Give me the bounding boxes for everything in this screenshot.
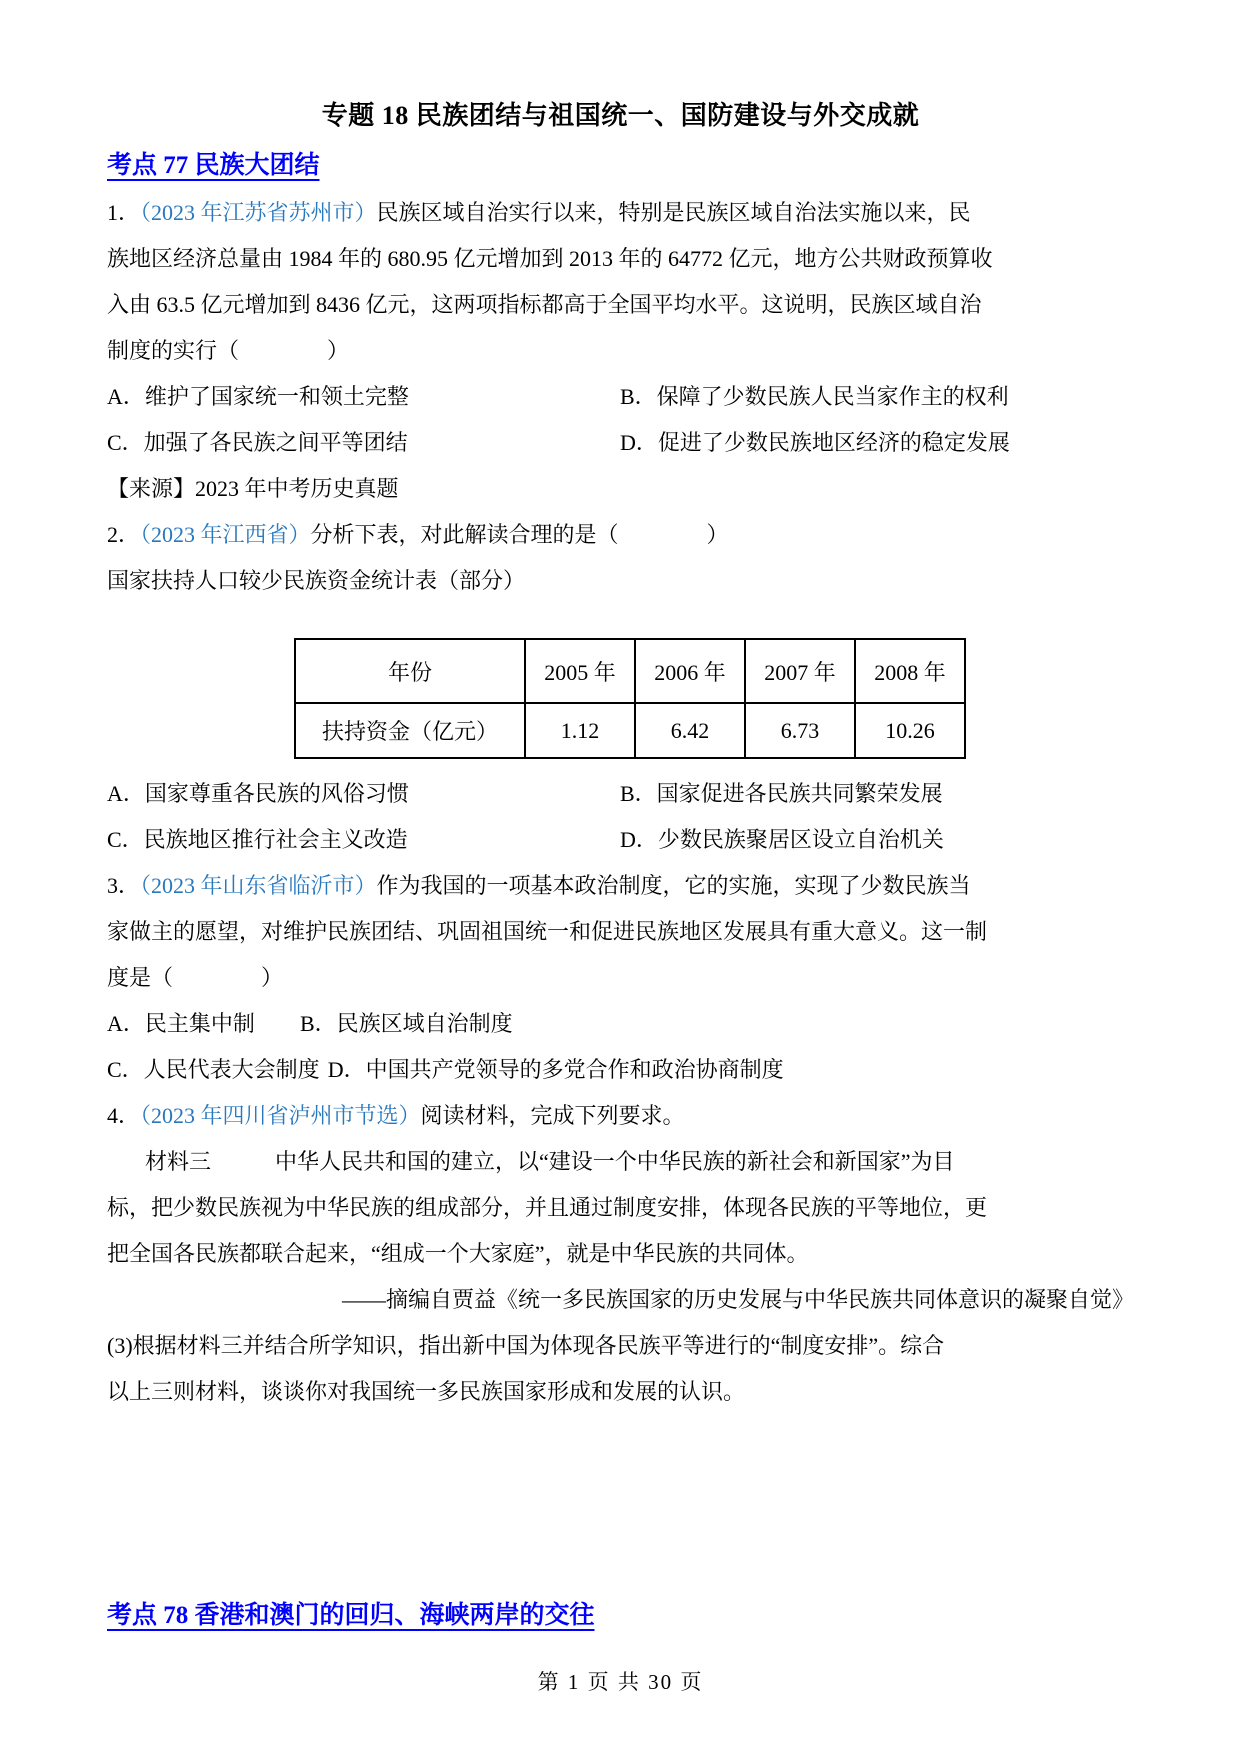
q3-option-b: B．民族区域自治制度 bbox=[300, 1011, 513, 1036]
funding-table: 年份 2005 年 2006 年 2007 年 2008 年 扶持资金（亿元） … bbox=[294, 638, 966, 759]
q3-option-c: C．人民代表大会制度 bbox=[107, 1057, 320, 1082]
q1-number: 1． bbox=[107, 200, 140, 225]
table-cell-2006: 6.42 bbox=[635, 703, 745, 758]
table-cell-2008: 10.26 bbox=[855, 703, 965, 758]
q3-line-1-text: 作为我国的一项基本政治制度，它的实施，实现了少数民族当 bbox=[377, 873, 971, 898]
q4-material-line-3: 把全国各民族都联合起来，“组成一个大家庭”，就是中华民族的共同体。 bbox=[107, 1231, 1134, 1277]
q1-options-ab: A．维护了国家统一和领土完整B．保障了少数民族人民当家作主的权利 bbox=[107, 374, 1134, 420]
q4-sub-line-1: (3)根据材料三并结合所学知识，指出新中国为体现各民族平等进行的“制度安排”。综… bbox=[107, 1323, 1134, 1369]
q3-source: （2023 年山东省临沂市） bbox=[140, 873, 377, 898]
q1-line-1: 1．（2023 年江苏省苏州市）民族区域自治实行以来，特别是民族区域自治法实施以… bbox=[107, 190, 1134, 236]
table-header-year: 年份 bbox=[295, 639, 525, 703]
page-footer: 第 1 页 共 30 页 bbox=[107, 1664, 1134, 1700]
q2-source: （2023 年江西省） bbox=[140, 522, 311, 547]
section-heading-77-text: 考点 77 民族大团结 bbox=[107, 152, 320, 179]
q1-option-a: A．维护了国家统一和领土完整 bbox=[107, 374, 620, 420]
table-cell-2005: 1.12 bbox=[525, 703, 635, 758]
q2-option-a: A．国家尊重各民族的风俗习惯 bbox=[107, 771, 620, 817]
q2-stem-text: 分析下表，对此解读合理的是（ ） bbox=[311, 522, 729, 547]
page-content: 专题 18 民族团结与祖国统一、国防建设与外交成就 考点 77 民族大团结 1．… bbox=[0, 0, 1241, 1700]
question-4: 4．（2023 年四川省泸州市节选）阅读材料，完成下列要求。 材料三中华人民共和… bbox=[107, 1093, 1134, 1415]
q3-number: 3． bbox=[107, 873, 140, 898]
q4-material-label: 材料三 bbox=[145, 1149, 211, 1174]
q3-line-1: 3．（2023 年山东省临沂市）作为我国的一项基本政治制度，它的实施，实现了少数… bbox=[107, 863, 1134, 909]
funding-table-data-row: 扶持资金（亿元） 1.12 6.42 6.73 10.26 bbox=[295, 703, 965, 758]
table-cell-2007: 6.73 bbox=[745, 703, 855, 758]
table-cell-label: 扶持资金（亿元） bbox=[295, 703, 525, 758]
q1-option-c: C．加强了各民族之间平等团结 bbox=[107, 420, 620, 466]
q3-option-d: D．中国共产党领导的多党合作和政治协商制度 bbox=[328, 1057, 784, 1082]
q3-options-ab: A．民主集中制B．民族区域自治制度 bbox=[107, 1001, 1134, 1047]
question-1: 1．（2023 年江苏省苏州市）民族区域自治实行以来，特别是民族区域自治法实施以… bbox=[107, 190, 1134, 512]
q2-option-d: D．少数民族聚居区设立自治机关 bbox=[620, 827, 944, 852]
q2-number: 2． bbox=[107, 522, 140, 547]
q4-material-line-2: 标，把少数民族视为中华民族的组成部分，并且通过制度安排，体现各民族的平等地位，更 bbox=[107, 1185, 1134, 1231]
q3-line-3: 度是（ ） bbox=[107, 955, 1134, 1001]
q3-line-2: 家做主的愿望，对维护民族团结、巩固祖国统一和促进民族地区发展具有重大意义。这一制 bbox=[107, 909, 1134, 955]
q4-stem-text: 阅读材料，完成下列要求。 bbox=[421, 1103, 685, 1128]
q1-line-1-text: 民族区域自治实行以来，特别是民族区域自治法实施以来，民 bbox=[377, 200, 971, 225]
table-header-2005: 2005 年 bbox=[525, 639, 635, 703]
q1-line-4: 制度的实行（ ） bbox=[107, 328, 1134, 374]
q4-number: 4． bbox=[107, 1103, 140, 1128]
page-title: 专题 18 民族团结与祖国统一、国防建设与外交成就 bbox=[107, 98, 1134, 134]
q4-stem: 4．（2023 年四川省泸州市节选）阅读材料，完成下列要求。 bbox=[107, 1093, 1134, 1139]
q1-option-b: B．保障了少数民族人民当家作主的权利 bbox=[620, 384, 1009, 409]
q1-source: （2023 年江苏省苏州市） bbox=[140, 200, 377, 225]
q2-option-c: C．民族地区推行社会主义改造 bbox=[107, 817, 620, 863]
table-header-2007: 2007 年 bbox=[745, 639, 855, 703]
table-header-2008: 2008 年 bbox=[855, 639, 965, 703]
question-2: 2．（2023 年江西省）分析下表，对此解读合理的是（ ） 国家扶持人口较少民族… bbox=[107, 512, 1134, 863]
q2-stem: 2．（2023 年江西省）分析下表，对此解读合理的是（ ） bbox=[107, 512, 1134, 558]
q1-option-d: D．促进了少数民族地区经济的稳定发展 bbox=[620, 430, 1010, 455]
q2-table-caption: 国家扶持人口较少民族资金统计表（部分） bbox=[107, 558, 1134, 604]
q2-options-ab: A．国家尊重各民族的风俗习惯B．国家促进各民族共同繁荣发展 bbox=[107, 771, 1134, 817]
q3-option-a: A．民主集中制 bbox=[107, 1001, 300, 1047]
table-header-2006: 2006 年 bbox=[635, 639, 745, 703]
q1-line-3: 入由 63.5 亿元增加到 8436 亿元，这两项指标都高于全国平均水平。这说明… bbox=[107, 282, 1134, 328]
q1-line-2: 族地区经济总量由 1984 年的 680.95 亿元增加到 2013 年的 64… bbox=[107, 236, 1134, 282]
document-page: 专题 18 民族团结与祖国统一、国防建设与外交成就 考点 77 民族大团结 1．… bbox=[0, 0, 1241, 1754]
q2-options-cd: C．民族地区推行社会主义改造D．少数民族聚居区设立自治机关 bbox=[107, 817, 1134, 863]
q4-source: （2023 年四川省泸州市节选） bbox=[140, 1103, 421, 1128]
q4-material-line-1: 材料三中华人民共和国的建立，以“建设一个中华民族的新社会和新国家”为目 bbox=[107, 1139, 1134, 1185]
q3-options-cd: C．人民代表大会制度D．中国共产党领导的多党合作和政治协商制度 bbox=[107, 1047, 1134, 1093]
q4-attribution: ——摘编自贾益《统一多民族国家的历史发展与中华民族共同体意识的凝聚自觉》 bbox=[107, 1277, 1134, 1323]
question-3: 3．（2023 年山东省临沂市）作为我国的一项基本政治制度，它的实施，实现了少数… bbox=[107, 863, 1134, 1093]
section-heading-78-text: 考点 78 香港和澳门的回归、海峡两岸的交往 bbox=[107, 1602, 595, 1629]
q2-option-b: B．国家促进各民族共同繁荣发展 bbox=[620, 781, 943, 806]
q1-options-cd: C．加强了各民族之间平等团结D．促进了少数民族地区经济的稳定发展 bbox=[107, 420, 1134, 466]
funding-table-header-row: 年份 2005 年 2006 年 2007 年 2008 年 bbox=[295, 639, 965, 703]
q1-origin: 【来源】2023 年中考历史真题 bbox=[107, 466, 1134, 512]
section-heading-77: 考点 77 民族大团结 bbox=[107, 148, 1134, 184]
q4-sub-line-2: 以上三则材料，谈谈你对我国统一多民族国家形成和发展的认识。 bbox=[107, 1369, 1134, 1415]
q4-material-line-1-text: 中华人民共和国的建立，以“建设一个中华民族的新社会和新国家”为目 bbox=[275, 1149, 955, 1174]
section-heading-78: 考点 78 香港和澳门的回归、海峡两岸的交往 bbox=[107, 1598, 1134, 1634]
